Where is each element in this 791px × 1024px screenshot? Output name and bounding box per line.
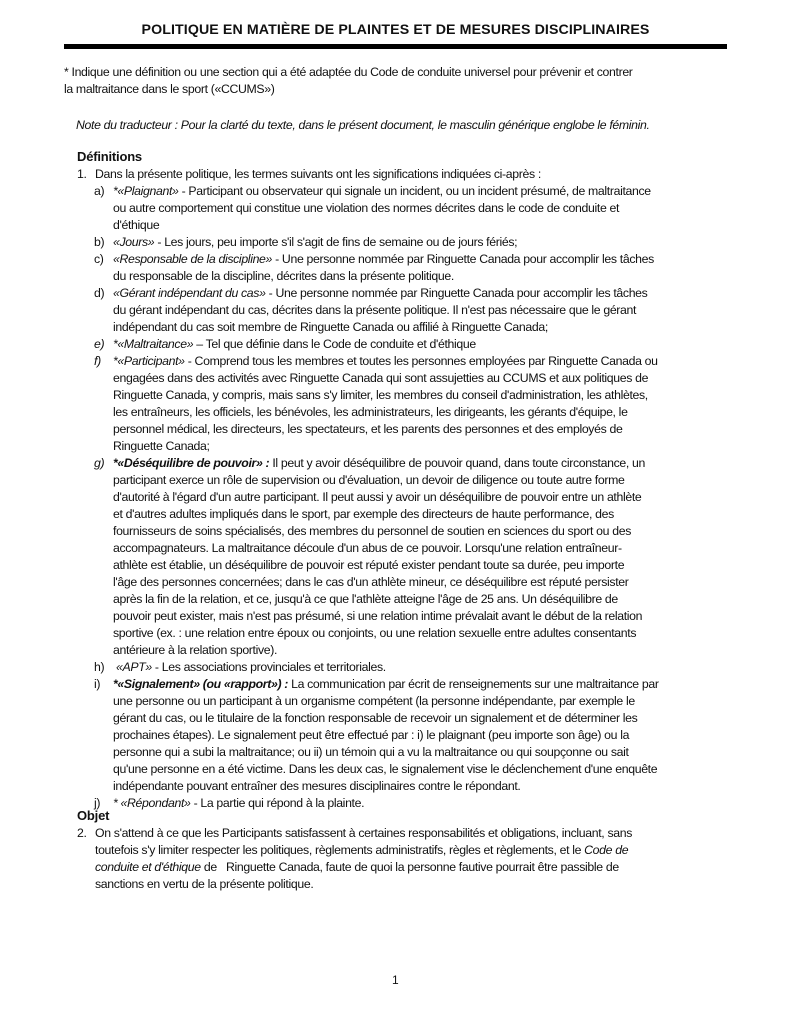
- text-line: Ringuette Canada, y compris, mais sans s…: [113, 387, 648, 404]
- term: *«Participant»: [113, 354, 185, 368]
- text-line: personnel médical, les directeurs, les s…: [113, 421, 622, 438]
- item-marker: f): [94, 353, 101, 370]
- text-line: ou autre comportement qui constitue une …: [113, 200, 619, 217]
- definition-item-maltraitance: *«Maltraitance» – Tel que définie dans l…: [113, 336, 476, 353]
- section-number: 2.: [77, 825, 87, 842]
- term: * «Répondant»: [113, 796, 191, 810]
- text-line: gérant du cas, ou le titulaire de la fon…: [113, 710, 637, 727]
- definition-item-plaignant: *«Plaignant» - Participant ou observateu…: [113, 183, 651, 200]
- definition-item-desequilibre: *«Déséquilibre de pouvoir» : Il peut y a…: [113, 455, 645, 472]
- text-line: athlète est établie, un déséquilibre de …: [113, 557, 624, 574]
- page-number: 1: [392, 973, 399, 987]
- text-line: l'âge des personnes concernées; dans le …: [113, 574, 629, 591]
- definition-item-repondant: * «Répondant» - La partie qui répond à l…: [113, 795, 364, 812]
- section-heading-objet: Objet: [77, 808, 109, 823]
- item-marker: e): [94, 336, 104, 353]
- text-line: du responsable de la discipline, décrite…: [113, 268, 454, 285]
- text-line: sanctions en vertu de la présente politi…: [95, 876, 313, 893]
- text-line: accompagnateurs. La maltraitance découle…: [113, 540, 622, 557]
- term: «Responsable de la discipline»: [113, 252, 272, 266]
- text-line: conduite et d'éthique de Ringuette Canad…: [95, 859, 619, 876]
- text-line: qu'une personne en a été victime. Dans l…: [113, 761, 657, 778]
- text-line: On s'attend à ce que les Participants sa…: [95, 825, 632, 842]
- item-marker: d): [94, 285, 104, 302]
- term: *«Déséquilibre de pouvoir» :: [113, 456, 269, 470]
- text-line: participant exerce un rôle de supervisio…: [113, 472, 624, 489]
- text-line: d'autorité à l'égard d'un autre particip…: [113, 489, 641, 506]
- code-reference: Code de: [584, 843, 628, 857]
- intro-paragraph: * Indique une définition ou une section …: [64, 64, 734, 97]
- translator-note: Note du traducteur : Pour la clarté du t…: [76, 117, 746, 134]
- text-line: indépendant du cas soit membre de Ringue…: [113, 319, 548, 336]
- text-line: Ringuette Canada;: [113, 438, 210, 455]
- document-title: POLITIQUE EN MATIÈRE DE PLAINTES ET DE M…: [64, 22, 727, 38]
- item-marker: h): [94, 659, 104, 676]
- text-line: du gérant indépendant du cas, décrites d…: [113, 302, 636, 319]
- item-marker: a): [94, 183, 104, 200]
- text-line: une personne ou un participant à un orga…: [113, 693, 635, 710]
- text-line: les entraîneurs, les officiels, les béné…: [113, 404, 628, 421]
- text-line: personne qui a subi la maltraitance; ou …: [113, 744, 629, 761]
- code-reference: conduite et d'éthique: [95, 860, 201, 874]
- text-line: antérieure à la relation sportive).: [113, 642, 277, 659]
- text-line: sportive (ex. : une relation entre époux…: [113, 625, 636, 642]
- section-heading-definitions: Définitions: [77, 149, 142, 164]
- text-line: toutefois s'y limiter respecter les poli…: [95, 842, 628, 859]
- term: *«Signalement» (ou «rapport») :: [113, 677, 288, 691]
- text-line: pouvoir peut exister, mais n'est pas pré…: [113, 608, 642, 625]
- item-marker: g): [94, 455, 104, 472]
- term: «Gérant indépendant du cas»: [113, 286, 266, 300]
- item-marker: b): [94, 234, 104, 251]
- title-rule: [64, 44, 727, 49]
- term: «Jours»: [113, 235, 154, 249]
- definition-item-responsable: «Responsable de la discipline» - Une per…: [113, 251, 654, 268]
- definition-item-jours: «Jours» - Les jours, peu importe s'il s'…: [113, 234, 517, 251]
- term: «APT»: [116, 660, 152, 674]
- definition-item-gerant: «Gérant indépendant du cas» - Une person…: [113, 285, 647, 302]
- section-number: 1.: [77, 166, 87, 183]
- term: *«Maltraitance»: [113, 337, 193, 351]
- term: *«Plaignant»: [113, 184, 179, 198]
- text-line: fournisseurs de soins spécialisés, des m…: [113, 523, 631, 540]
- intro-line: la maltraitance dans le sport («CCUMS»): [64, 81, 734, 98]
- definition-item-apt: «APT» - Les associations provinciales et…: [116, 659, 386, 676]
- text-line: engagées dans des activités avec Ringuet…: [113, 370, 648, 387]
- item-marker: i): [94, 676, 100, 693]
- text-line: prochaines étapes). Le signalement peut …: [113, 727, 629, 744]
- text-line: après la fin de la relation, et ce, jusq…: [113, 591, 618, 608]
- text-line: d'éthique: [113, 217, 159, 234]
- text-line: indépendante pouvant entraîner des mesur…: [113, 778, 520, 795]
- definition-item-participant: *«Participant» - Comprend tous les membr…: [113, 353, 658, 370]
- definition-item-signalement: *«Signalement» (ou «rapport») : La commu…: [113, 676, 659, 693]
- item-marker: c): [94, 251, 104, 268]
- text-line: et d'autres adultes impliqués dans le sp…: [113, 506, 614, 523]
- section-lead: Dans la présente politique, les termes s…: [95, 166, 541, 183]
- document-page: POLITIQUE EN MATIÈRE DE PLAINTES ET DE M…: [0, 0, 791, 1024]
- intro-line: * Indique une définition ou une section …: [64, 64, 734, 81]
